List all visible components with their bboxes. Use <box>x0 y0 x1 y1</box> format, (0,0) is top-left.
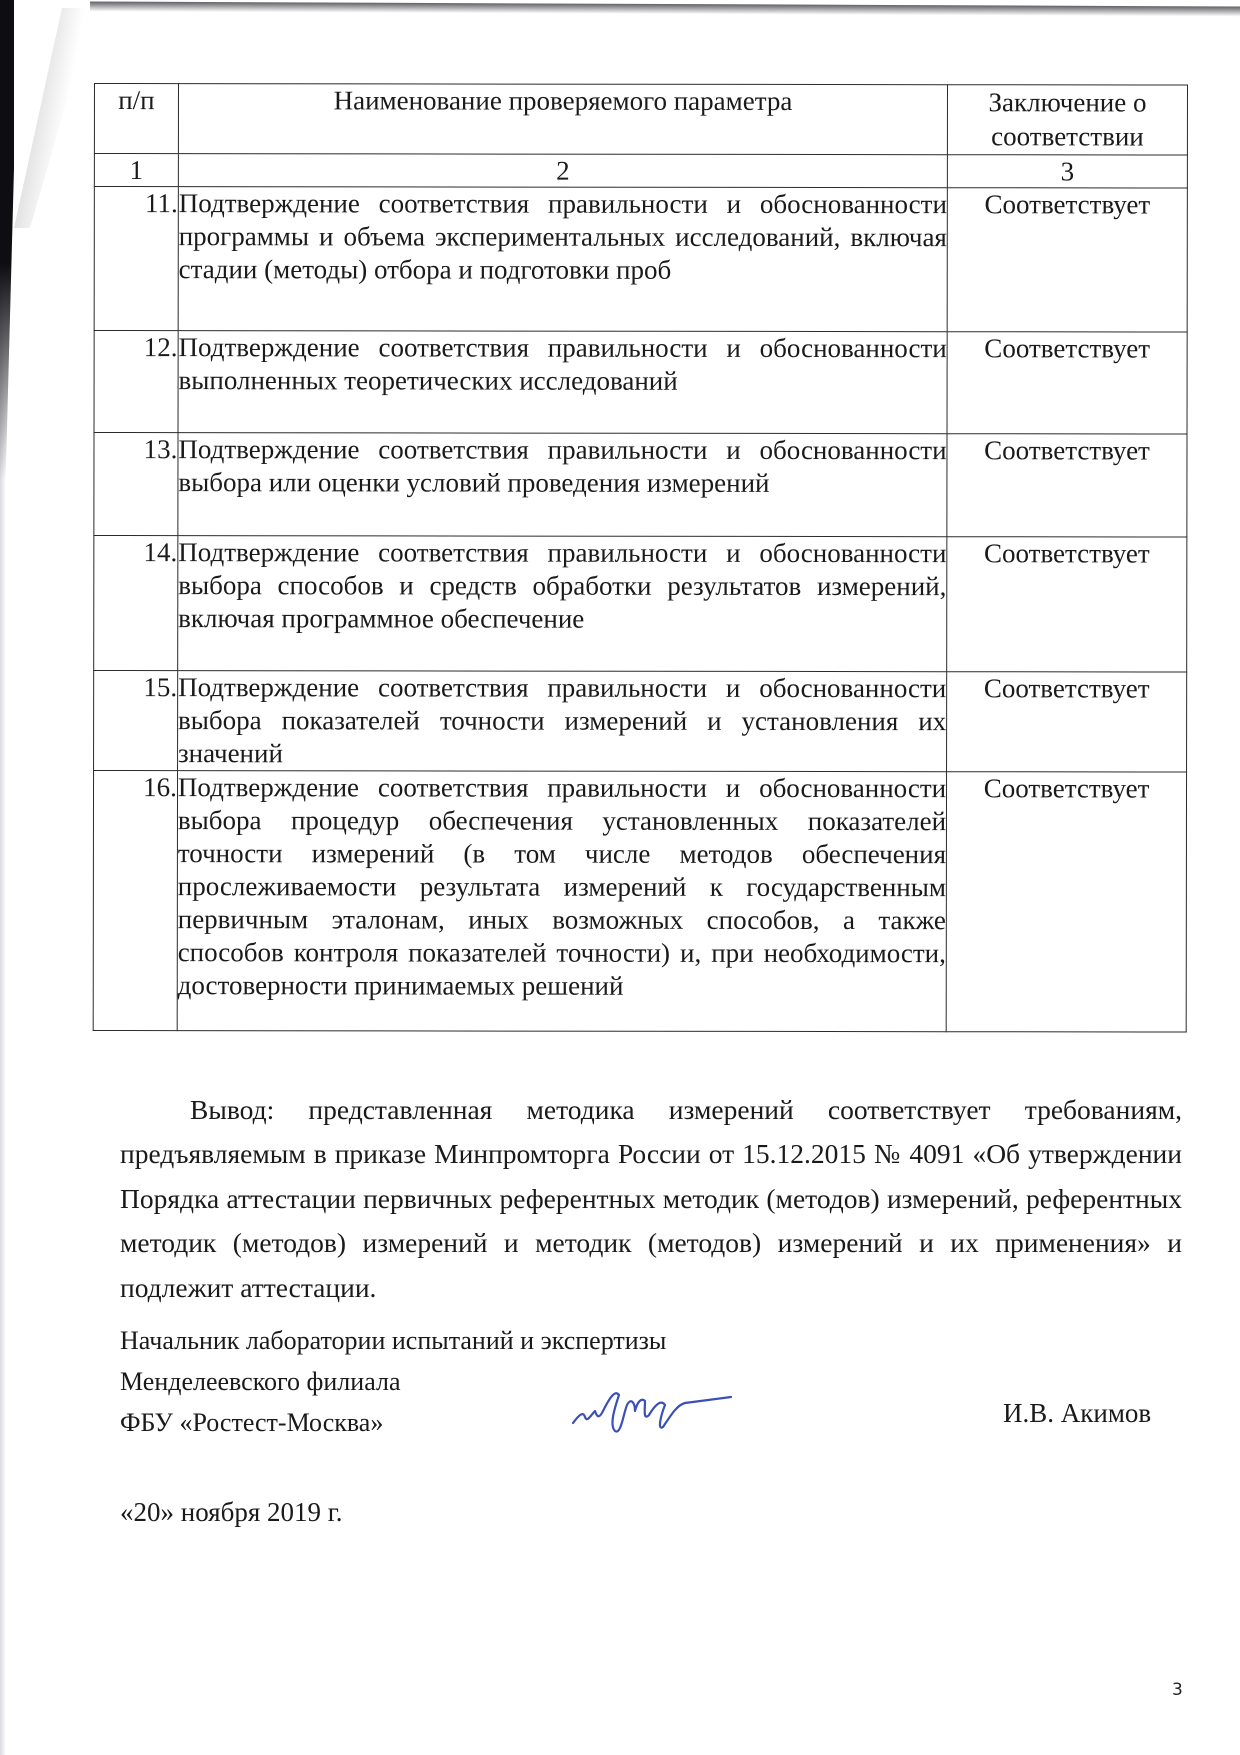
conformity-result: Соответствует <box>947 672 1187 772</box>
column-index: 2 <box>178 154 947 188</box>
scan-edge-top <box>90 1 1240 16</box>
row-number: 11. <box>94 187 178 331</box>
page-fold-shadow <box>14 8 94 228</box>
table-row: 11. Подтверждение соответствия правильно… <box>94 187 1187 333</box>
parameter-name: Подтверждение соответствия правильности … <box>177 771 947 1032</box>
document-date: «20» ноября 2019 г. <box>120 1497 343 1528</box>
conformity-result: Соответствует <box>947 537 1187 672</box>
column-index: 1 <box>94 154 178 187</box>
row-number: 15. <box>94 671 178 771</box>
table-row: 13. Подтверждение соответствия правильно… <box>94 433 1187 538</box>
conformity-result: Соответствует <box>947 434 1187 537</box>
table-header-row: п/п Наименование проверяемого параметра … <box>94 84 1187 156</box>
position-line: Начальник лаборатории испытаний и экспер… <box>120 1320 666 1361</box>
table-row: 12. Подтверждение соответствия правильно… <box>94 331 1187 435</box>
row-number: 13. <box>94 433 178 536</box>
table-row: 15. Подтверждение соответствия правильно… <box>94 671 1187 773</box>
conclusion-paragraph: Вывод: представленная методика измерений… <box>120 1088 1182 1311</box>
signatory-name: И.В. Акимов <box>1003 1398 1151 1429</box>
row-number: 14. <box>94 536 178 671</box>
row-number: 16. <box>93 771 177 1031</box>
parameter-name: Подтверждение соответствия правильности … <box>177 671 946 772</box>
handwritten-signature-icon <box>565 1375 735 1445</box>
parameter-name: Подтверждение соответствия правильности … <box>178 187 947 332</box>
column-index-row: 1 2 3 <box>94 154 1187 189</box>
column-index: 3 <box>947 155 1187 188</box>
parameter-name: Подтверждение соответствия правильности … <box>178 433 947 537</box>
row-number: 12. <box>94 331 178 433</box>
scan-edge-dark <box>0 0 14 480</box>
conformity-result: Соответствует <box>947 332 1187 434</box>
table-row: 16. Подтверждение соответствия правильно… <box>93 771 1186 1033</box>
header-num: п/п <box>94 84 178 154</box>
conformity-result: Соответствует <box>947 188 1187 332</box>
parameter-name: Подтверждение соответствия правильности … <box>178 536 947 672</box>
page-number: 3 <box>1172 1680 1183 1700</box>
conformity-result: Соответствует <box>946 772 1186 1032</box>
parameters-table: п/п Наименование проверяемого параметра … <box>93 83 1188 1033</box>
table-row: 14. Подтверждение соответствия правильно… <box>94 536 1187 673</box>
parameter-name: Подтверждение соответствия правильности … <box>178 331 947 434</box>
header-result: Заключение о соответствии <box>947 85 1187 155</box>
header-name: Наименование проверяемого параметра <box>178 84 947 155</box>
